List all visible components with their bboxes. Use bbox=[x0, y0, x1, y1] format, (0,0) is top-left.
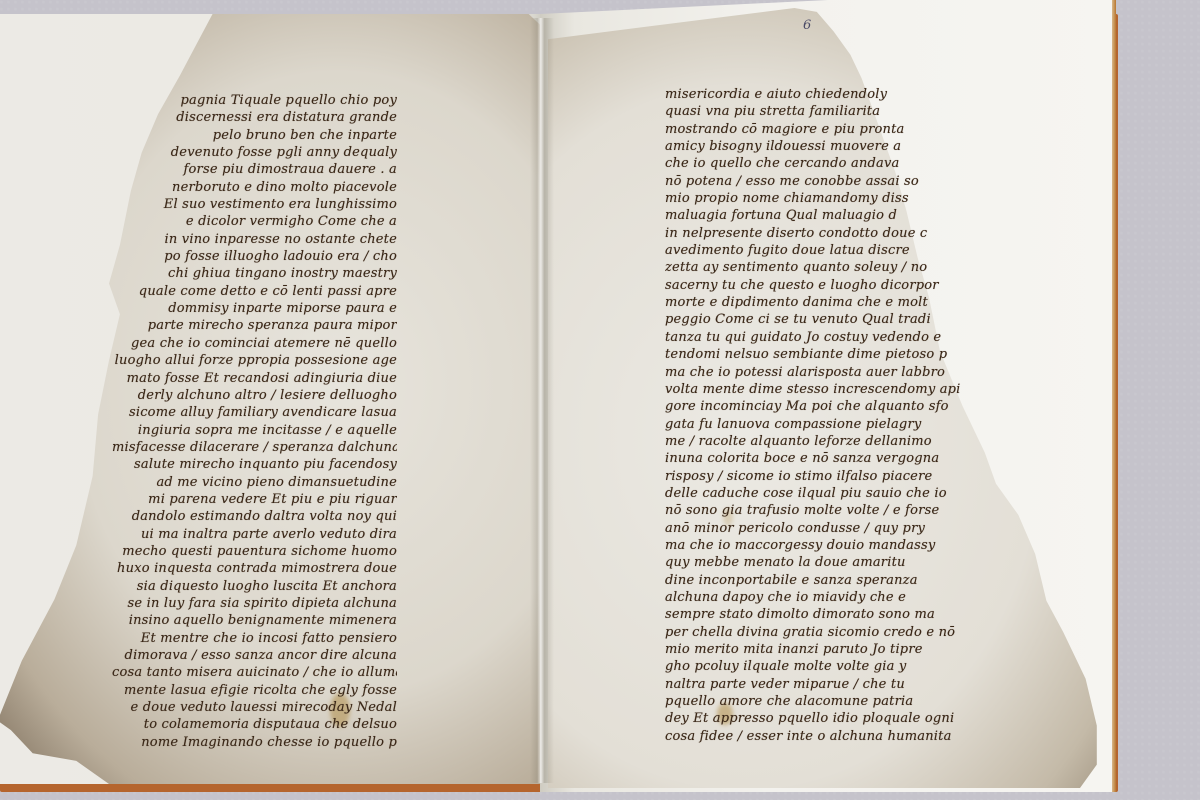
text-line: nō sono gia trafusio molte volte / e for… bbox=[665, 502, 975, 519]
text-line: per chella divina gratia sicomio credo e… bbox=[665, 624, 975, 641]
text-line: naltra parte veder miparue / che tu bbox=[665, 676, 975, 693]
book-spine-gutter bbox=[530, 18, 554, 783]
text-line: amicy bisogny ildouessi muovere a bbox=[665, 138, 975, 155]
text-line: gore incominciay Ma poi che alquanto sfo bbox=[665, 398, 975, 415]
text-line: nō potena / esso me conobbe assai so bbox=[665, 173, 975, 190]
text-line: ma che io maccorgessy douio mandassy bbox=[665, 537, 975, 554]
text-line: gata fu lanuova compassione pielagry bbox=[665, 416, 975, 433]
text-line: in vino inparesse no ostante chete bbox=[112, 231, 397, 248]
text-line: nerboruto e dino molto piacevole bbox=[112, 179, 397, 196]
text-line: ma che io potessi alarisposta auer labbr… bbox=[665, 364, 975, 381]
text-line: dine inconportabile e sanza speranza bbox=[665, 572, 975, 589]
text-line: sacerny tu che questo e luogho dicorpor bbox=[665, 277, 975, 294]
text-line: sia diquesto luogho luscita Et anchora bbox=[112, 578, 397, 595]
text-line: dandolo estimando daltra volta noy qui bbox=[112, 508, 397, 525]
text-line: insino aquello benignamente mimenera bbox=[112, 612, 397, 629]
text-line: quy mebbe menato la doue amaritu bbox=[665, 554, 975, 571]
text-line: luogho allui forze ppropia possesione ag… bbox=[112, 352, 397, 369]
text-line: discernessi era distatura grande bbox=[112, 109, 397, 126]
text-line: anō minor pericolo condusse / quy pry bbox=[665, 520, 975, 537]
text-line: pagnia Tiquale pquello chio poy bbox=[112, 92, 397, 109]
text-line: mi parena vedere Et piu e piu riguar bbox=[112, 491, 397, 508]
text-line: mente lasua efigie ricolta che egly foss… bbox=[112, 682, 397, 699]
text-line: misfacesse dilacerare / speranza dalchun… bbox=[112, 439, 397, 456]
text-line: risposy / sicome io stimo ilfalso piacer… bbox=[665, 468, 975, 485]
text-line: peggio Come ci se tu venuto Qual tradi bbox=[665, 311, 975, 328]
text-line: to colamemoria disputaua che delsuo bbox=[112, 716, 397, 733]
text-line: mato fosse Et recandosi adingiuria diue bbox=[112, 370, 397, 387]
text-line: che io quello che cercando andava bbox=[665, 155, 975, 172]
right-page-edge bbox=[1112, 0, 1116, 792]
left-page-text: pagnia Tiquale pquello chio poy discerne… bbox=[112, 92, 397, 751]
text-line: chi ghiua tingano inostry maestry bbox=[112, 265, 397, 282]
text-line: morte e dipdimento danima che e molt bbox=[665, 294, 975, 311]
text-line: dimorava / esso sanza ancor dire alcuna bbox=[112, 647, 397, 664]
text-line: mio merito mita inanzi paruto Jo tipre bbox=[665, 641, 975, 658]
text-line: salute mirecho inquanto piu facendosy bbox=[112, 456, 397, 473]
text-line: devenuto fosse pgli anny dequaly bbox=[112, 144, 397, 161]
text-line: misericordia e aiuto chiedendoly bbox=[665, 86, 975, 103]
text-line: huxo inquesta contrada mimostrera doue bbox=[112, 560, 397, 577]
text-line: dommisy inparte miporse paura e bbox=[112, 300, 397, 317]
text-line: alchuna dapoy che io miavidy che e bbox=[665, 589, 975, 606]
right-page-text: misericordia e aiuto chiedendoly quasi v… bbox=[665, 86, 975, 745]
text-line: dey Et appresso pquello idio ploquale og… bbox=[665, 710, 975, 727]
text-line: nome Imaginando chesse io pquello p bbox=[112, 734, 397, 751]
text-line: ui ma inaltra parte averlo veduto dira bbox=[112, 526, 397, 543]
text-line: po fosse illuogho ladouio era / cho bbox=[112, 248, 397, 265]
text-line: ingiuria sopra me incitasse / e aquelle bbox=[112, 422, 397, 439]
text-line: Et mentre che io incosi fatto pensiero bbox=[112, 630, 397, 647]
text-line: quasi vna piu stretta familiarita bbox=[665, 103, 975, 120]
text-line: sicome alluy familiary avendicare lasua bbox=[112, 404, 397, 421]
text-line: El suo vestimento era lunghissimo bbox=[112, 196, 397, 213]
text-line: tanza tu qui guidato Jo costuy vedendo e bbox=[665, 329, 975, 346]
text-line: inuna colorita boce e nō sanza vergogna bbox=[665, 450, 975, 467]
text-line: sempre stato dimolto dimorato sono ma bbox=[665, 606, 975, 623]
text-line: forse piu dimostraua dauere . a bbox=[112, 161, 397, 178]
text-line: pelo bruno ben che inparte bbox=[112, 127, 397, 144]
text-line: in nelpresente diserto condotto doue c bbox=[665, 225, 975, 242]
manuscript-photo: 6 pagnia Tiquale pquello chio poy discer… bbox=[0, 0, 1200, 800]
text-line: me / racolte alquanto leforze dellanimo bbox=[665, 433, 975, 450]
text-line: e doue veduto lauessi mirecoday Nedal bbox=[112, 699, 397, 716]
text-line: cosa fidee / esser inte o alchuna humani… bbox=[665, 728, 975, 745]
text-line: mio propio nome chiamandomy diss bbox=[665, 190, 975, 207]
text-line: se in luy fara sia spirito dipieta alchu… bbox=[112, 595, 397, 612]
text-line: zetta ay sentimento quanto soleuy / no bbox=[665, 259, 975, 276]
text-line: mecho questi pauentura sichome huomo bbox=[112, 543, 397, 560]
text-line: tendomi nelsuo sembiante dime pietoso p bbox=[665, 346, 975, 363]
text-line: mostrando cō magiore e piu pronta bbox=[665, 121, 975, 138]
text-line: quale come detto e cō lenti passi apre bbox=[112, 283, 397, 300]
text-line: parte mirecho speranza paura mipor bbox=[112, 317, 397, 334]
text-line: derly alchuno altro / lesiere delluogho bbox=[112, 387, 397, 404]
text-line: ad me vicino pieno dimansuetudine bbox=[112, 474, 397, 491]
text-line: pquello amore che alacomune patria bbox=[665, 693, 975, 710]
text-line: e dicolor vermigho Come che a bbox=[112, 213, 397, 230]
folio-number: 6 bbox=[803, 18, 811, 33]
text-line: gea che io cominciai atemere nē quello bbox=[112, 335, 397, 352]
text-line: cosa tanto misera auicinato / che io all… bbox=[112, 664, 397, 681]
text-line: volta mente dime stesso increscendomy ap… bbox=[665, 381, 975, 398]
text-line: delle caduche cose ilqual piu sauio che … bbox=[665, 485, 975, 502]
text-line: avedimento fugito doue latua discre bbox=[665, 242, 975, 259]
text-line: gho pcoluy ilquale molte volte gia y bbox=[665, 658, 975, 675]
text-line: maluagia fortuna Qual maluagio d bbox=[665, 207, 975, 224]
